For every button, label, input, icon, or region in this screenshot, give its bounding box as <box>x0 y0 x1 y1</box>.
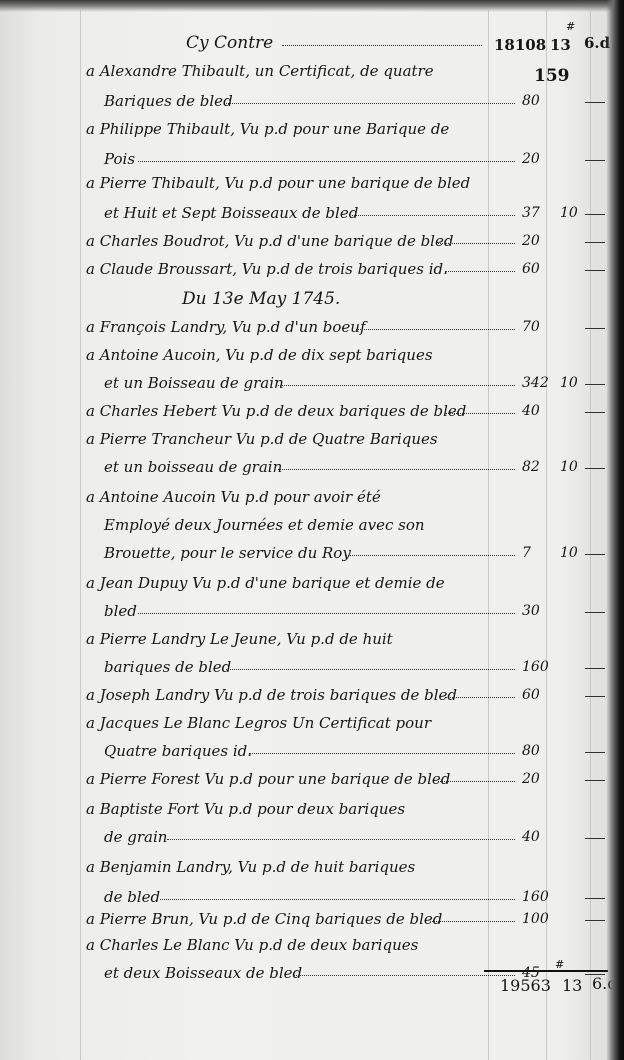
deniers-dash <box>585 214 605 215</box>
entry-description: a Pierre Trancheur Vu p.d de Quatre Bari… <box>86 426 438 452</box>
entry-description: a Pierre Brun, Vu p.d de Cinq bariques d… <box>86 906 442 932</box>
entry-description-continued: bariques de bled <box>104 654 231 680</box>
entry-amount-livres: 60 <box>522 682 540 708</box>
entry-description: a Pierre Landry Le Jeune, Vu p.d de huit <box>86 626 393 652</box>
entry-amount-livres: 20 <box>522 146 540 172</box>
deniers-dash <box>585 898 605 899</box>
entry-amount-livres: 70 <box>522 314 540 340</box>
brought-forward-livres: 18108 <box>494 36 546 54</box>
entry-description: a Claude Broussart, Vu p.d de trois bari… <box>86 256 448 282</box>
deniers-dash <box>585 102 605 103</box>
leader-dots <box>226 669 515 670</box>
leader-dots <box>430 921 515 922</box>
entry-description: a Charles Le Blanc Vu p.d de deux bariqu… <box>86 932 418 958</box>
deniers-dash <box>585 160 605 161</box>
entry-description-continued: bled <box>104 598 137 624</box>
deniers-dash <box>585 668 605 669</box>
entry-amount-livres: 82 <box>522 454 540 480</box>
leader-dots <box>160 899 515 900</box>
entry-description: a Benjamin Landry, Vu p.d de huit bariqu… <box>86 854 415 880</box>
deniers-dash <box>585 412 605 413</box>
entry-description-continued: Employé deux Journées et demie avec son <box>104 512 425 538</box>
entry-description: a Alexandre Thibault, un Certificat, de … <box>86 58 434 84</box>
page-top-shadow <box>0 0 624 12</box>
deniers-dash <box>585 920 605 921</box>
leader-dots <box>278 469 515 470</box>
entry-description: a Charles Hebert Vu p.d de deux bariques… <box>86 398 466 424</box>
total-livres: 19563 <box>500 976 551 995</box>
deniers-dash <box>585 752 605 753</box>
entry-description-continued: et Huit et Sept Boisseaux de bled <box>104 200 358 226</box>
entry-description: a Pierre Forest Vu p.d pour une barique … <box>86 766 450 792</box>
deniers-dash <box>585 780 605 781</box>
entry-amount-livres: 7 <box>522 540 531 566</box>
left-margin-rule <box>80 10 81 1060</box>
entry-description-continued: Quatre bariques id. <box>104 738 252 764</box>
entry-description-continued: de grain <box>104 824 167 850</box>
entry-description-continued: Brouette, pour le service du Roy <box>104 540 351 566</box>
deniers-dash <box>585 270 605 271</box>
entry-amount-livres: 60 <box>522 256 540 282</box>
entry-amount-sols: 10 <box>560 370 578 396</box>
deniers-dash <box>585 612 605 613</box>
leader-dots <box>278 385 515 386</box>
entry-description-continued: et deux Boisseaux de bled <box>104 960 302 986</box>
entry-description: a Philippe Thibault, Vu p.d pour une Bar… <box>86 116 449 142</box>
total-currency-mark: # <box>555 958 564 971</box>
section-heading-date: Du 13e May 1745. <box>182 286 340 312</box>
leader-dots <box>445 413 515 414</box>
deniers-column-rule <box>590 10 591 1060</box>
entry-amount-livres: 80 <box>522 88 540 114</box>
leader-dots <box>345 555 515 556</box>
deniers-dash <box>585 838 605 839</box>
deniers-dash <box>585 468 605 469</box>
total-sols: 13 <box>562 976 582 995</box>
amount-column-rule <box>488 10 489 1060</box>
entry-description-continued: Pois <box>104 146 135 172</box>
entry-description: a François Landry, Vu p.d d'un boeuf <box>86 314 366 340</box>
leader-dots <box>282 45 482 46</box>
total-rule <box>484 970 608 972</box>
entry-amount-livres: 37 <box>522 200 540 226</box>
deniers-dash <box>585 696 605 697</box>
entry-amount-livres: 20 <box>522 228 540 254</box>
entry-description: a Charles Boudrot, Vu p.d d'une barique … <box>86 228 453 254</box>
entry-amount-livres: 100 <box>522 906 549 932</box>
deniers-dash <box>585 384 605 385</box>
brought-forward-sols: 13 <box>550 36 571 54</box>
brought-forward-label: Cy Contre <box>186 30 273 56</box>
leader-dots <box>293 975 515 976</box>
leader-dots <box>352 215 515 216</box>
entry-description-continued: et un Boisseau de grain <box>104 370 284 396</box>
leader-dots <box>445 697 515 698</box>
entry-description: a Pierre Thibault, Vu p.d pour une bariq… <box>86 170 470 196</box>
entry-amount-sols: 10 <box>560 540 578 566</box>
leader-dots <box>167 839 515 840</box>
entry-amount-livres: 342 <box>522 370 549 396</box>
entry-description: a Antoine Aucoin Vu p.d pour avoir été <box>86 484 381 510</box>
entry-amount-livres: 40 <box>522 824 540 850</box>
entry-amount-livres: 80 <box>522 738 540 764</box>
entry-amount-livres: 30 <box>522 598 540 624</box>
entry-amount-livres: 160 <box>522 654 549 680</box>
deniers-dash <box>585 328 605 329</box>
leader-dots <box>445 271 515 272</box>
entry-amount-livres: 40 <box>522 398 540 424</box>
entry-description: a Antoine Aucoin, Vu p.d de dix sept bar… <box>86 342 433 368</box>
leader-dots <box>138 613 515 614</box>
currency-mark: # <box>566 20 575 33</box>
leader-dots <box>226 103 515 104</box>
deniers-dash <box>585 242 605 243</box>
entry-description: a Jean Dupuy Vu p.d d'une barique et dem… <box>86 570 445 596</box>
leader-dots <box>438 781 515 782</box>
leader-dots <box>356 329 515 330</box>
folio-number: 159 <box>534 66 570 86</box>
entry-amount-sols: 10 <box>560 454 578 480</box>
entry-amount-livres: 20 <box>522 766 540 792</box>
entry-description: a Jacques Le Blanc Legros Un Certificat … <box>86 710 431 736</box>
leader-dots <box>138 161 515 162</box>
entry-description-continued: et un boisseau de grain <box>104 454 282 480</box>
entry-description-continued: Bariques de bled <box>104 88 233 114</box>
entry-description: a Joseph Landry Vu p.d de trois bariques… <box>86 682 457 708</box>
leader-dots <box>249 753 515 754</box>
deniers-dash <box>585 554 605 555</box>
book-binding-shadow <box>606 0 624 1060</box>
ledger-page: Cy Contre # 18108 13 6.d 159 a Alexandre… <box>0 0 624 1060</box>
leader-dots <box>438 243 515 244</box>
entry-description: a Baptiste Fort Vu p.d pour deux barique… <box>86 796 405 822</box>
entry-amount-sols: 10 <box>560 200 578 226</box>
